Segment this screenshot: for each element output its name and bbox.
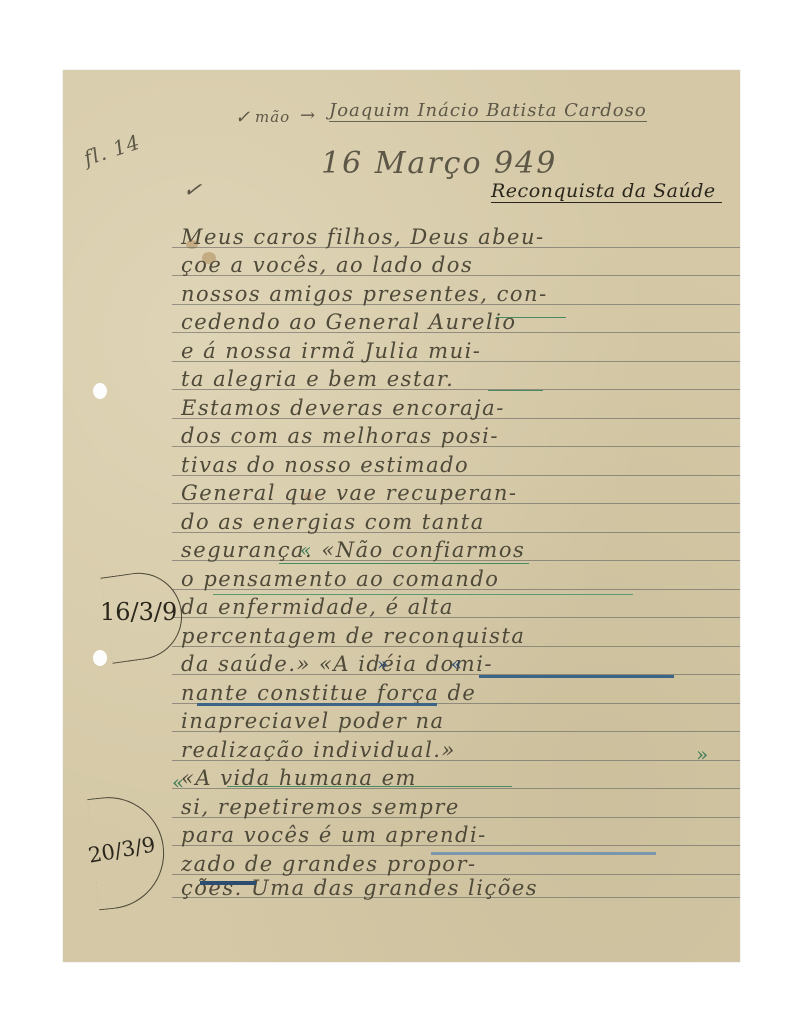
body-line: «A vida humana em bbox=[181, 766, 741, 794]
body-line: çoe a vocês, ao lado dos bbox=[181, 253, 741, 281]
body-line: da enfermidade, é alta bbox=[181, 595, 741, 623]
blue-underline bbox=[197, 703, 437, 706]
blue-underline bbox=[200, 881, 256, 885]
body-line: ta alegria e bem estar. bbox=[181, 367, 741, 395]
margin-date-note: 16/3/9 bbox=[100, 598, 177, 626]
letter-title: Reconquista da Saúde bbox=[491, 180, 722, 203]
body-line: e á nossa irmã Julia mui- bbox=[181, 339, 741, 367]
quote-close-marker: » bbox=[696, 742, 709, 766]
quote-open-marker: « bbox=[172, 770, 185, 794]
body-line: segurança. «Não confiarmos bbox=[181, 538, 741, 566]
letter-page: fl. 14 ✓ mão → Joaquim Inácio Batista Ca… bbox=[63, 70, 740, 962]
green-underline bbox=[496, 317, 566, 318]
green-underline bbox=[227, 786, 512, 787]
body-line: percentagem de reconquista bbox=[181, 624, 741, 652]
quote-close-marker: » bbox=[377, 654, 389, 675]
quote-open-marker: « bbox=[451, 654, 463, 675]
hole-punch-upper bbox=[93, 383, 107, 399]
body-line: ções. Uma das grandes lições bbox=[181, 876, 741, 904]
body-line: Meus caros filhos, Deus abeu- bbox=[181, 225, 741, 253]
body-line: tivas do nosso estimado bbox=[181, 453, 741, 481]
green-underline bbox=[488, 390, 543, 391]
body-line: General que vae recuperan- bbox=[181, 481, 741, 509]
green-underline bbox=[279, 563, 529, 564]
check-mark-left: ✓ bbox=[181, 177, 204, 204]
arrow-glyph: → bbox=[300, 105, 316, 126]
hole-punch-lower bbox=[93, 650, 107, 666]
body-line: para vocês é um aprendi- bbox=[181, 823, 741, 851]
folio-number: fl. 14 bbox=[81, 130, 144, 171]
medium-note: mão bbox=[255, 108, 290, 126]
body-line: inapreciavel poder na bbox=[181, 709, 741, 737]
green-underline bbox=[213, 594, 633, 595]
body-line: dos com as melhoras posi- bbox=[181, 424, 741, 452]
body-line: si, repetiremos sempre bbox=[181, 795, 741, 823]
body-line: realização individual.» bbox=[181, 738, 741, 766]
body-line: Estamos deveras encoraja- bbox=[181, 396, 741, 424]
blue-underline bbox=[479, 675, 674, 678]
letter-date: 16 Março 949 bbox=[321, 146, 557, 181]
body-line: cedendo ao General Aurelio bbox=[181, 310, 741, 338]
quote-open-marker: « bbox=[300, 540, 312, 561]
body-line: nossos amigos presentes, con- bbox=[181, 282, 741, 310]
blue-underline bbox=[431, 852, 656, 855]
body-line: do as energias com tanta bbox=[181, 510, 741, 538]
author-name: Joaquim Inácio Batista Cardoso bbox=[329, 100, 647, 122]
check-mark-top: ✓ bbox=[235, 107, 251, 128]
body-line: o pensamento ao comando bbox=[181, 567, 741, 595]
